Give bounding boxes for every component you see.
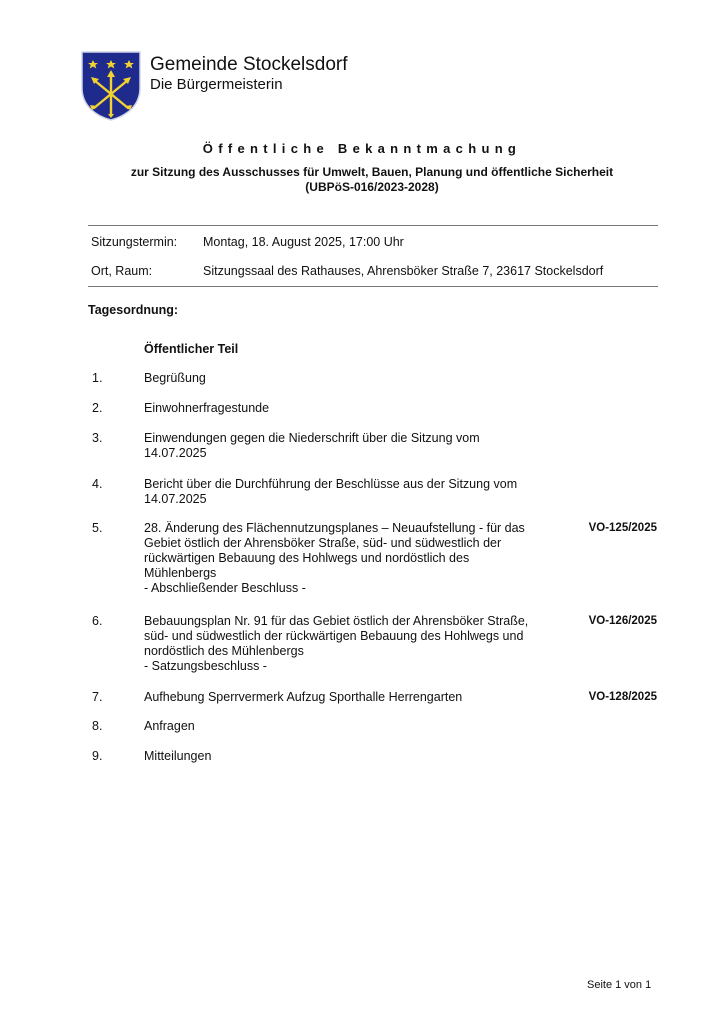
- agenda-item-number: 3.: [92, 431, 102, 446]
- organization-subtitle: Die Bürgermeisterin: [150, 76, 283, 93]
- agenda-item-number: 4.: [92, 477, 102, 492]
- document-subtitle: zur Sitzung des Ausschusses für Umwelt, …: [60, 165, 684, 195]
- subtitle-line-2: (UBPöS-016/2023-2028): [60, 180, 684, 195]
- agenda-item-number: 1.: [92, 371, 102, 386]
- page-number: Seite 1 von 1: [587, 979, 651, 991]
- agenda-item-number: 9.: [92, 749, 102, 764]
- agenda-item-number: 6.: [92, 614, 102, 629]
- subtitle-line-1: zur Sitzung des Ausschusses für Umwelt, …: [60, 165, 684, 180]
- agenda-item-number: 5.: [92, 521, 102, 536]
- agenda-item-text: Anfragen: [144, 719, 564, 734]
- agenda-item-text: Aufhebung Sperrvermerk Aufzug Sporthalle…: [144, 690, 564, 705]
- meeting-place-value: Sitzungssaal des Rathauses, Ahrensböker …: [203, 264, 603, 278]
- agenda-item-text: Einwendungen gegen die Niederschrift übe…: [144, 431, 564, 461]
- agenda-item-reference: VO-128/2025: [589, 690, 657, 705]
- coat-of-arms-icon: [80, 50, 142, 122]
- agenda-item-text: Begrüßung: [144, 371, 564, 386]
- divider-bottom: [88, 286, 658, 287]
- agenda-item-text: Bericht über die Durchführung der Beschl…: [144, 477, 564, 507]
- section-heading-public: Öffentlicher Teil: [144, 342, 238, 356]
- agenda-item-text: Einwohnerfragestunde: [144, 401, 564, 416]
- agenda-item-number: 8.: [92, 719, 102, 734]
- divider-top: [88, 225, 658, 226]
- agenda-item-reference: VO-126/2025: [589, 614, 657, 629]
- agenda-item-text: Mitteilungen: [144, 749, 564, 764]
- agenda-item-text: 28. Änderung des Flächennutzungsplanes –…: [144, 521, 564, 596]
- agenda-item-text: Bebauungsplan Nr. 91 für das Gebiet östl…: [144, 614, 564, 674]
- meeting-date-value: Montag, 18. August 2025, 17:00 Uhr: [203, 235, 404, 249]
- agenda-heading: Tagesordnung:: [88, 303, 178, 317]
- agenda-item-number: 7.: [92, 690, 102, 705]
- meeting-place-label: Ort, Raum:: [91, 264, 152, 278]
- document-page: Gemeinde Stockelsdorf Die Bürgermeisteri…: [0, 0, 724, 1024]
- agenda-item-number: 2.: [92, 401, 102, 416]
- document-title: Öffentliche Bekanntmachung: [0, 141, 724, 156]
- agenda-item-reference: VO-125/2025: [589, 521, 657, 536]
- meeting-date-label: Sitzungstermin:: [91, 235, 177, 249]
- organization-name: Gemeinde Stockelsdorf: [150, 54, 348, 76]
